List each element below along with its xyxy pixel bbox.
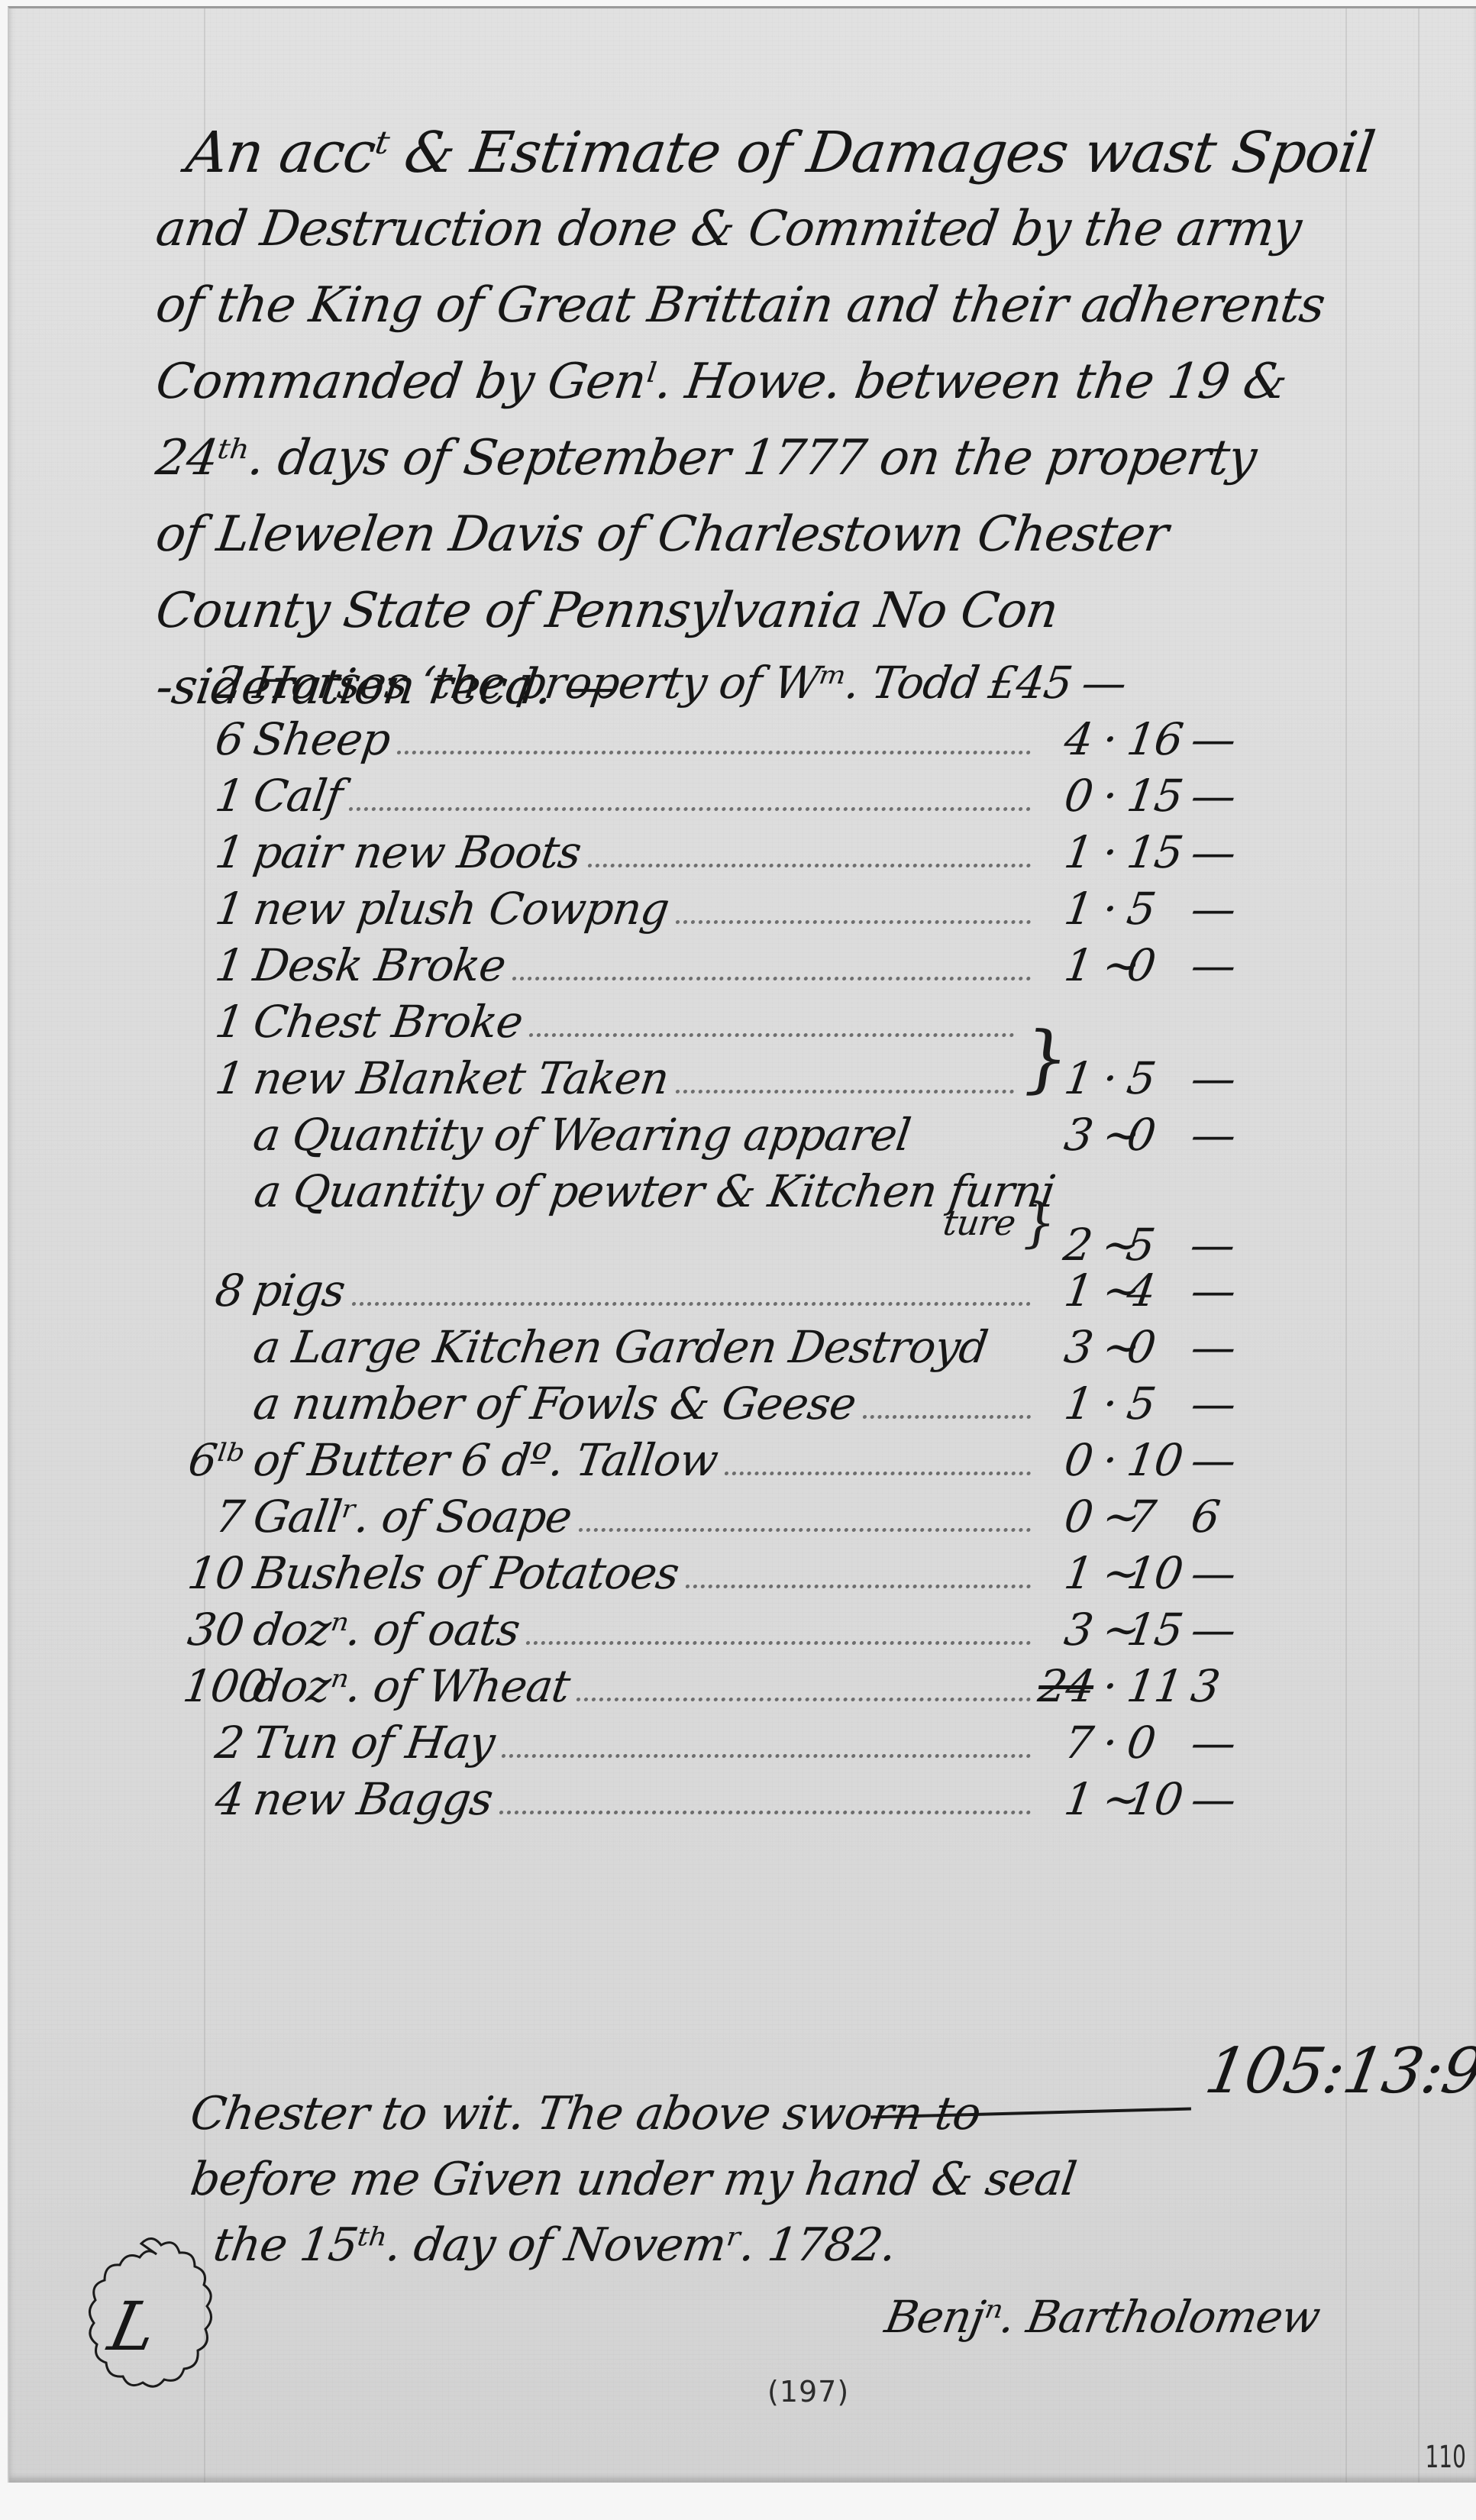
item-description: Chest Broke (250, 996, 526, 1048)
amount-pence: — (1188, 1773, 1242, 1825)
heading-line: Commanded by Genˡ. Howe. between the 19 … (151, 344, 1353, 420)
amount-shillings: 7 (1124, 1491, 1185, 1543)
dotted-leader (260, 1256, 1031, 1260)
amount-pence: — (1188, 939, 1242, 991)
item-amount: 4 · 16 — (1035, 713, 1272, 765)
item-amount: 0 · 10 — (1035, 1434, 1272, 1486)
amount-separator: · (1100, 883, 1121, 935)
ledger-item: a Quantity of Wearing apparel 3 ~ 0 — (179, 1109, 1271, 1165)
amount-pence: — (1188, 713, 1242, 765)
item-amount: 1 · 15 — (1035, 826, 1272, 878)
item-amount: 3 ~ 15 — (1035, 1604, 1272, 1656)
amount-pence: — (1188, 1109, 1242, 1161)
amount-pounds: 7 (1035, 1717, 1097, 1769)
item-description: new plush Cowpng (250, 883, 672, 935)
amount-pounds: £45 (986, 657, 1075, 709)
item-amount: 3 ~ 0 — (1035, 1321, 1272, 1373)
dotted-leader (862, 1415, 1031, 1419)
amount-separator: ~ (1100, 1773, 1121, 1825)
item-description: pair new Boots (250, 826, 584, 878)
ledger-item: a number of Fowls & Geese 1 · 5 — (179, 1378, 1271, 1434)
dotted-leader (501, 1754, 1031, 1758)
item-quantity: 4 (180, 1773, 258, 1825)
amount-separator: ~ (1100, 1265, 1121, 1317)
amount-pence: — (1188, 1717, 1242, 1769)
amount-pounds: 3 (1035, 1321, 1097, 1373)
amount-separator: ~ (1100, 1321, 1121, 1373)
item-description: pigs (250, 1265, 348, 1317)
dotted-leader (351, 1302, 1031, 1306)
item-quantity: 1 (180, 826, 258, 878)
amount-shillings: 11 (1124, 1660, 1185, 1712)
item-quantity: 7 (180, 1491, 258, 1543)
amount-separator: · (1100, 1660, 1121, 1712)
amount-shillings: 0 (1124, 939, 1185, 991)
amount-pence: — (1188, 1378, 1242, 1430)
item-quantity: 30 (180, 1604, 258, 1656)
amount-shillings: 4 (1124, 1265, 1185, 1317)
item-description: dozⁿ. of Wheat (250, 1660, 573, 1712)
item-quantity: 1 (180, 1052, 258, 1104)
item-amount: 1 · 5 — (1035, 1052, 1272, 1104)
heading-line: of Llewelen Davis of Charlestown Chester (151, 496, 1353, 573)
amount-pence: — (1188, 1604, 1242, 1656)
ledger-item: 1 Chest Broke (179, 996, 1271, 1052)
dotted-leader (685, 1585, 1031, 1588)
ledger-item: 10 Bushels of Potatoes 1 ~ 10 — (179, 1547, 1271, 1604)
item-quantity: 1 (180, 939, 258, 991)
dotted-leader (725, 1472, 1032, 1475)
attestation-line: before me Given under my hand & seal (186, 2147, 1264, 2212)
item-amount: 1 ~ 4 — (1035, 1265, 1272, 1317)
item-description: a Large Kitchen Garden Destroyd (250, 1321, 991, 1373)
ledger-item: a Large Kitchen Garden Destroyd 3 ~ 0 — (179, 1321, 1271, 1378)
dotted-leader (512, 977, 1032, 981)
amount-pounds: 1 (1035, 826, 1097, 878)
amount-separator: · (1100, 770, 1121, 822)
amount-separator: · (1100, 1717, 1121, 1769)
amount-separator: ~ (1100, 1491, 1121, 1543)
dotted-leader (349, 807, 1032, 811)
document-heading: An accᵗ & Estimate of Damages wast Spoil… (157, 115, 1348, 725)
dotted-leader (396, 751, 1031, 754)
ledger-item: 2 Tun of Hay 7 · 0 — (179, 1717, 1271, 1773)
ledger-item: 1 new Blanket Taken } 1 · 5 — (179, 1052, 1271, 1109)
amount-pounds: 0 (1035, 1434, 1097, 1486)
attestation: Chester to wit. The above sworn to befor… (191, 2081, 1260, 2278)
amount-shillings: 0 (1124, 1717, 1185, 1769)
attestation-line: Chester to wit. The above sworn to (186, 2081, 1264, 2147)
item-description: a Quantity of Wearing apparel (250, 1109, 914, 1161)
item-description: Gallʳ. of Soape (250, 1491, 575, 1543)
amount-shillings: 5 (1124, 1378, 1185, 1430)
amount-pence: — (1188, 1321, 1242, 1373)
item-quantity: 2 (180, 657, 258, 709)
ledger-item: 4 new Baggs 1 ~ 10 — (179, 1773, 1271, 1830)
amount-separator: · (1100, 713, 1121, 765)
item-amount: 1 ~ 0 — (1035, 939, 1272, 991)
amount-pounds: 1 (1035, 1265, 1097, 1317)
item-amount: 1 ~ 10 — (1035, 1547, 1272, 1599)
item-amount: 2 ~ 5 — (1035, 1219, 1271, 1271)
amount-shillings: 0 (1124, 1321, 1185, 1373)
amount-pence: — (1188, 1052, 1242, 1104)
item-description: Bushels of Potatoes (250, 1547, 682, 1599)
attestation-line: the 15ᵗʰ. day of Novemʳ. 1782. (186, 2212, 1264, 2278)
item-amount: 24 · 11 3 (1035, 1660, 1272, 1712)
amount-pounds: 3 (1035, 1604, 1097, 1656)
item-description: Horses ‘the property of Wᵐ. Todd (250, 657, 983, 709)
item-quantity: 8 (180, 1265, 258, 1317)
item-amount: £45 — (986, 657, 1222, 709)
heading-line: and Destruction done & Commited by the a… (151, 191, 1353, 267)
dotted-leader (529, 1033, 1014, 1037)
amount-pence: — (1187, 1219, 1241, 1271)
amount-shillings: 10 (1124, 1773, 1185, 1825)
dotted-leader (917, 1146, 1032, 1150)
amount-separator: · (1100, 1434, 1121, 1486)
amount-separator: ~ (1100, 939, 1121, 991)
dotted-leader (675, 1090, 1014, 1094)
item-quantity: 1 (180, 883, 258, 935)
amount-pounds: 1 (1035, 883, 1097, 935)
ledger-item: 8 pigs 1 ~ 4 — (179, 1265, 1271, 1321)
amount-pounds: 4 (1035, 713, 1097, 765)
item-description: Tun of Hay (250, 1717, 498, 1769)
heading-line: County State of Pennsylvania No Con (151, 573, 1353, 649)
heading-line: An accᵗ & Estimate of Damages wast Spoil (151, 115, 1353, 191)
item-quantity: 6ˡᵇ (180, 1434, 258, 1486)
heading-line: 24ᵗʰ. days of September 1777 on the prop… (151, 420, 1353, 496)
scan-background: ​ An accᵗ & Estimate of Damages wast Spo… (0, 0, 1476, 2520)
item-quantity: 100 (180, 1660, 258, 1712)
amount-separator: ~ (1099, 1219, 1120, 1271)
item-amount: 0 ~ 7 6 (1035, 1491, 1272, 1543)
amount-pence: — (1188, 1547, 1242, 1599)
amount-shillings: 15 (1124, 826, 1185, 878)
amount-pounds: 0 (1035, 770, 1097, 822)
amount-shillings: 5 (1124, 883, 1185, 935)
item-description: new Blanket Taken (250, 1052, 672, 1104)
amount-pounds: 1 (1035, 1378, 1097, 1430)
ledger-item: 6ˡᵇ of Butter 6 dº. Tallow 0 · 10 — (179, 1434, 1271, 1491)
ledger-item: 30 dozⁿ. of oats 3 ~ 15 — (179, 1604, 1271, 1660)
ledger-item: 1 Desk Broke 1 ~ 0 — (179, 939, 1271, 996)
ledger-item: 100 dozⁿ. of Wheat 24 · 11 3 (179, 1660, 1271, 1717)
amount-pounds: 3 (1035, 1109, 1097, 1161)
item-quantity: 6 (180, 713, 258, 765)
amount-pence: — (1188, 826, 1242, 878)
item-amount: 1 · 5 — (1035, 883, 1272, 935)
item-description: Desk Broke (250, 939, 509, 991)
ruled-margin-far-right (1418, 8, 1419, 2483)
dotted-leader (587, 864, 1031, 867)
item-amount: 7 · 0 — (1035, 1717, 1272, 1769)
folio-number: 110 (1425, 2440, 1465, 2475)
amount-pounds: 24 (1035, 1660, 1097, 1712)
amount-shillings: 0 (1124, 1109, 1185, 1161)
item-description: a number of Fowls & Geese (250, 1378, 859, 1430)
dotted-leader (578, 1528, 1031, 1532)
item-quantity: 1 (180, 770, 258, 822)
item-description: dozⁿ. of oats (250, 1604, 523, 1656)
amount-separator: ~ (1100, 1547, 1121, 1599)
damages-ledger: 2 Horses ‘the property of Wᵐ. Todd £45 —… (183, 657, 1268, 1830)
heading-line: of the King of Great Brittain and their … (151, 267, 1353, 344)
amount-shillings: 16 (1124, 713, 1185, 765)
ledger-item: 7 Gallʳ. of Soape 0 ~ 7 6 (179, 1491, 1271, 1547)
amount-separator: ~ (1100, 1109, 1121, 1161)
item-quantity: 2 (180, 1717, 258, 1769)
amount-pence: — (1188, 770, 1242, 822)
item-description: Sheep (250, 713, 393, 765)
dotted-leader (526, 1641, 1031, 1645)
item-quantity: 1 (180, 996, 258, 1048)
item-amount: 1 · 5 — (1035, 1378, 1272, 1430)
amount-separator: · (1100, 1052, 1121, 1104)
amount-pence: — (1188, 1434, 1242, 1486)
ledger-item: 6 Sheep 4 · 16 — (179, 713, 1271, 770)
item-description: a Quantity of pewter & Kitchen furni (251, 1165, 1058, 1217)
dotted-leader (676, 920, 1032, 924)
amount-pounds: 1 (1035, 939, 1097, 991)
item-quantity: 10 (180, 1547, 258, 1599)
item-amount: 0 · 15 — (1035, 770, 1272, 822)
amount-pence: — (1188, 883, 1242, 935)
amount-pence: 3 (1188, 1660, 1242, 1712)
item-amount: 1 ~ 10 — (1035, 1773, 1272, 1825)
amount-shillings: 10 (1124, 1547, 1185, 1599)
amount-separator: ~ (1100, 1604, 1121, 1656)
amount-shillings: 5 (1124, 1052, 1185, 1104)
ledger-item: 1 new plush Cowpng 1 · 5 — (179, 883, 1271, 939)
amount-pence: — (1188, 1265, 1242, 1317)
item-amount: 3 ~ 0 — (1035, 1109, 1272, 1161)
ledger-item: 1 pair new Boots 1 · 15 — (179, 826, 1271, 883)
dotted-leader (577, 1698, 1032, 1701)
amount-pounds: 0 (1035, 1491, 1097, 1543)
ledger-item: 1 Calf 0 · 15 — (179, 770, 1271, 826)
ledger-item-amount-row: } 2 ~ 5 — (180, 1219, 1271, 1265)
amount-pence: 6 (1188, 1491, 1242, 1543)
amount-separator: · (1100, 1378, 1121, 1430)
dotted-leader (994, 1359, 1032, 1362)
amount-shillings: 15 (1124, 770, 1185, 822)
amount-separator: · (1100, 826, 1121, 878)
amount-pounds: 1 (1035, 1773, 1097, 1825)
item-description: of Butter 6 dº. Tallow (250, 1434, 721, 1486)
item-description: Calf (250, 770, 346, 822)
amount-pounds: 1 (1035, 1547, 1097, 1599)
signature: Benjⁿ. Bartholomew (881, 2291, 1324, 2343)
amount-shillings: 10 (1124, 1434, 1185, 1486)
amount-shillings: 5 (1123, 1219, 1184, 1271)
archive-number: (197) (767, 2375, 849, 2409)
seal-icon: L (46, 2230, 237, 2428)
item-description: new Baggs (250, 1773, 496, 1825)
dotted-leader (499, 1811, 1032, 1814)
ledger-item: 2 Horses ‘the property of Wᵐ. Todd £45 — (179, 657, 1271, 713)
amount-shillings: — (1078, 657, 1139, 709)
amount-shillings: 15 (1124, 1604, 1185, 1656)
